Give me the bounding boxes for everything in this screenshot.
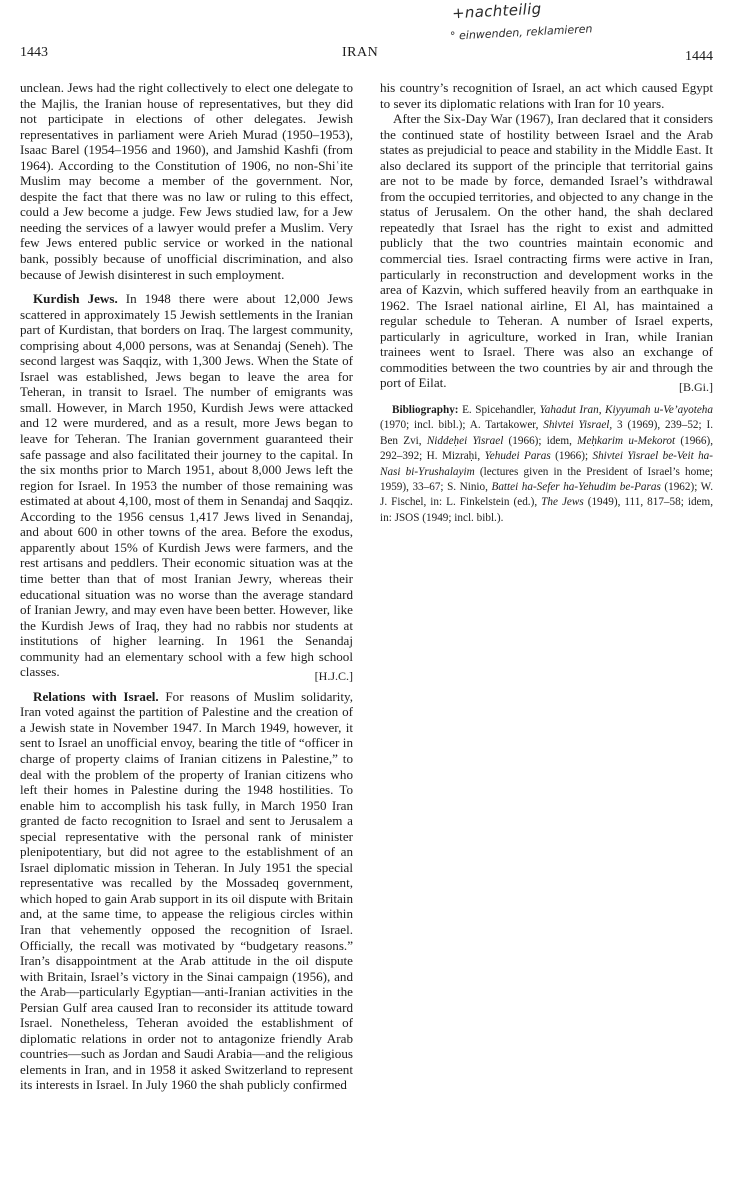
bibliography: Bibliography: E. Spicehandler, Yahadut I… [380,403,713,526]
author-signature: [B.Gi.] [666,380,713,396]
section-kurdish-jews: Kurdish Jews. In 1948 there were about 1… [20,291,353,680]
section-body: For reasons of Muslim solidarity, Iran v… [20,689,353,1093]
bibliography-title: Yahadut Iran, Kiyyumah u-Ve’ayoteha [540,404,713,416]
paragraph: After the Six-Day War (1967), Iran decla… [380,111,713,391]
section-relations-with-israel: Relations with Israel. For reasons of Mu… [20,689,353,1093]
paragraph-body: After the Six-Day War (1967), Iran decla… [380,111,713,390]
right-column: his country’s recognition of Israel, an … [380,80,713,526]
bibliography-title: Meḥkarim u-Mekorot [577,435,675,447]
section-body: In 1948 there were about 12,000 Jews sca… [20,291,353,679]
bibliography-heading: Bibliography: [392,404,459,416]
bibliography-title: Battei ha-Sefer ha-Yehudim be-Paras [491,481,660,493]
bibliography-text: E. Spicehandler, [459,404,540,416]
bibliography-text: (1966); [551,450,593,462]
bibliography-entries: E. Spicehandler, Yahadut Iran, Kiyyumah … [380,404,713,524]
page-title: IRAN [342,45,378,61]
bibliography-title: The Jews [541,496,584,508]
bibliography-title: Shivtei Yisrael, [543,419,612,431]
handwritten-annotation: +nachteilig [452,0,542,22]
bibliography-title: Yehudei Paras [485,450,551,462]
bibliography-title: Niddeḥei Yisrael [427,435,504,447]
page-number-right: 1444 [685,49,713,65]
bibliography-text: (1966); idem, [503,435,577,447]
page-number-left: 1443 [20,45,48,61]
section-heading: Kurdish Jews. [33,291,118,306]
section-heading: Relations with Israel. [33,689,159,704]
running-head: 1443 IRAN 1444 [0,45,735,65]
left-column: unclean. Jews had the right collectively… [20,80,353,1093]
bibliography-text: (1970; incl. bibl.); A. Tartakower, [380,419,543,431]
author-signature: [H.J.C.] [302,669,353,685]
handwritten-annotation: ° einwenden, reklamieren [450,22,593,42]
paragraph: unclean. Jews had the right collectively… [20,80,353,282]
paragraph: his country’s recognition of Israel, an … [380,80,713,111]
